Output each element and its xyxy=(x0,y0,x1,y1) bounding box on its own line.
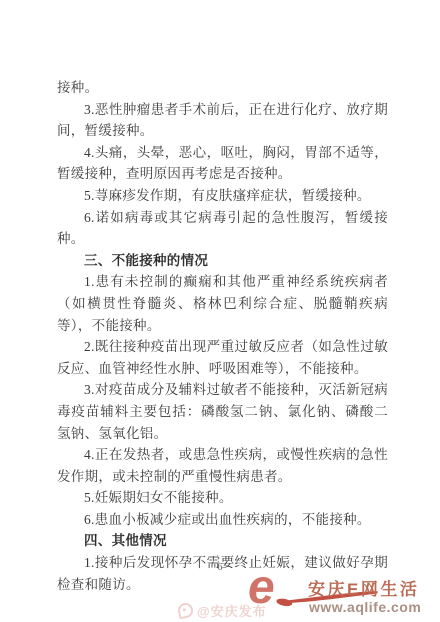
weibo-icon xyxy=(177,602,195,620)
list-item: 6.患血小板减少症或出血性疾病的，不能接种。 xyxy=(57,509,388,531)
list-item: 1.患有未控制的癫痫和其他严重神经系统疾病者（如横贯性脊髓炎、格林巴利综合症、脱… xyxy=(57,271,388,336)
paragraph-continuation: 接种。 xyxy=(57,77,388,99)
aqlife-watermark: e 安庆E网生活 www.aqlife.com xyxy=(248,566,440,622)
list-item: 3.对疫苗成分及辅料过敏者不能接种，灭活新冠病毒疫苗辅料主要包括：磷酸氢二钠、氯… xyxy=(57,379,388,444)
list-item: 6.诺如病毒或其它病毒引起的急性腹泻，暂缓接种。 xyxy=(57,207,388,250)
list-item: 2.既往接种疫苗出现严重过敏反应者（如急性过敏反应、血管神经性水肿、呼吸困难等）… xyxy=(57,336,388,379)
list-item: 4.正在发热者，或患急性疾病，或慢性疾病的急性发作期，或未控制的严重慢性病患者。 xyxy=(57,444,388,487)
section-heading: 三、不能接种的情况 xyxy=(57,250,388,272)
aqlife-site-url: www.aqlife.com xyxy=(309,599,421,615)
list-item: 3.恶性肿瘤患者手术前后，正在进行化疗、放疗期间，暂缓接种。 xyxy=(57,99,388,142)
section-heading: 四、其他情况 xyxy=(57,530,388,552)
list-item: 5.妊娠期妇女不能接种。 xyxy=(57,487,388,509)
list-item: 5.荨麻疹发作期，有皮肤瘙痒症状，暂缓接种。 xyxy=(57,185,388,207)
list-item: 4.头痛，头晕，恶心，呕吐，胸闷，胃部不适等，暂缓接种，查明原因再考虑是否接种。 xyxy=(57,142,388,185)
document-body: 接种。 3.恶性肿瘤患者手术前后，正在进行化疗、放疗期间，暂缓接种。 4.头痛，… xyxy=(57,77,388,595)
document-page: 接种。 3.恶性肿瘤患者手术前后，正在进行化疗、放疗期间，暂缓接种。 4.头痛，… xyxy=(0,0,440,622)
aqlife-logo-icon: e xyxy=(248,568,275,608)
aqlife-site-name: 安庆E网生活 xyxy=(308,575,419,600)
